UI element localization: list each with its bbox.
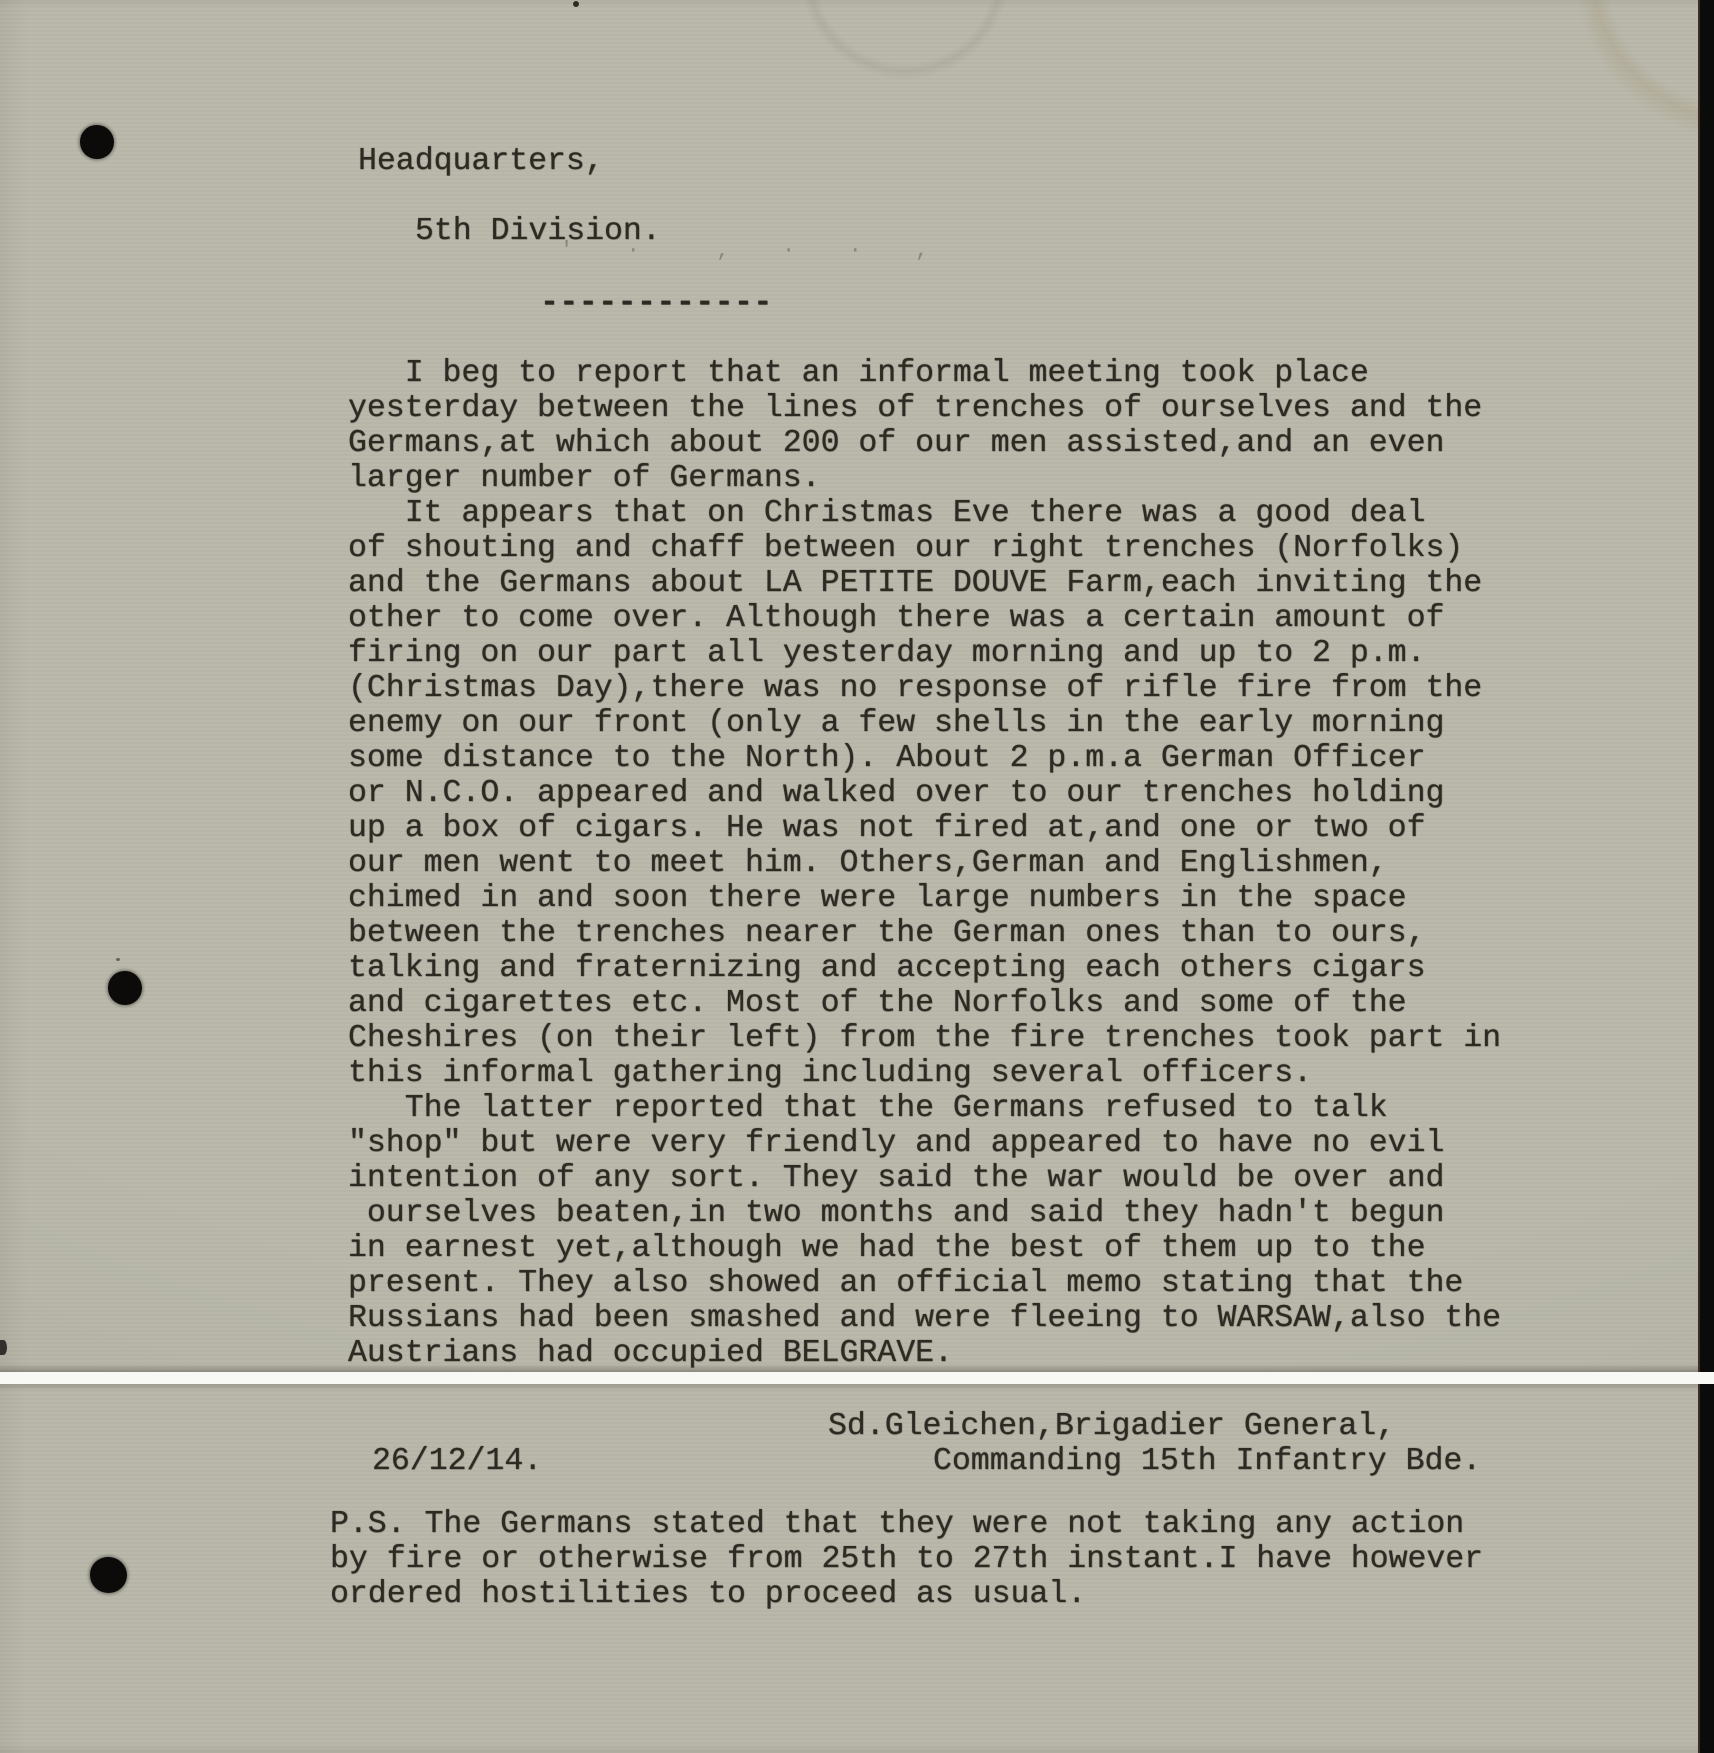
- header-unit: Headquarters,: [358, 144, 604, 179]
- typed-line: and the Germans about LA PETITE DOUVE Fa…: [348, 566, 1501, 601]
- typed-line: intention of any sort. They said the war…: [348, 1161, 1501, 1196]
- typed-line: in earnest yet,although we had the best …: [348, 1231, 1501, 1266]
- hole-punch-top: [80, 125, 114, 159]
- paper-sheet-top: Headquarters, 5th Division. ' · ‚ · · , …: [0, 0, 1714, 1373]
- typed-line: The latter reported that the Germans ref…: [348, 1091, 1501, 1126]
- typed-line: Cheshires (on their left) from the fire …: [348, 1021, 1501, 1056]
- typed-line: up a box of cigars. He was not fired at,…: [348, 811, 1501, 846]
- typed-line: P.S. The Germans stated that they were n…: [330, 1507, 1483, 1542]
- ink-speck: [573, 1, 579, 7]
- hole-punch-middle: [108, 971, 142, 1005]
- ink-speck: [116, 958, 120, 961]
- typed-line: I beg to report that an informal meeting…: [348, 356, 1501, 391]
- typed-line: between the trenches nearer the German o…: [348, 916, 1501, 951]
- date-line: 26/12/14.: [372, 1444, 542, 1479]
- typed-line: larger number of Germans.: [348, 461, 1501, 496]
- typed-line: Russians had been smashed and were fleei…: [348, 1301, 1501, 1336]
- paper-edge-sliver: [0, 1340, 7, 1355]
- typed-line: this informal gathering including severa…: [348, 1056, 1501, 1091]
- scan-seam-line: [0, 1372, 1714, 1384]
- typed-line: firing on our part all yesterday morning…: [348, 636, 1501, 671]
- typed-line: ourselves beaten,in two months and said …: [348, 1196, 1501, 1231]
- typed-line: (Christmas Day),there was no response of…: [348, 671, 1501, 706]
- command-line: Commanding 15th Infantry Bde.: [933, 1444, 1481, 1479]
- report-body: I beg to report that an informal meeting…: [348, 356, 1501, 1371]
- document-scan: Headquarters, 5th Division. ' · ‚ · · , …: [0, 0, 1714, 1753]
- typed-line: chimed in and soon there were large numb…: [348, 881, 1501, 916]
- typed-line: enemy on our front (only a few shells in…: [348, 706, 1501, 741]
- typed-line: Germans,at which about 200 of our men as…: [348, 426, 1501, 461]
- typed-line: It appears that on Christmas Eve there w…: [348, 496, 1501, 531]
- typed-line: or N.C.O. appeared and walked over to ou…: [348, 776, 1501, 811]
- typed-line: yesterday between the lines of trenches …: [348, 391, 1501, 426]
- paper-sheet-bottom: Sd.Gleichen,Brigadier General, 26/12/14.…: [0, 1384, 1714, 1753]
- faint-type-marks: ' · ‚ · · ,: [560, 238, 937, 263]
- signature-line: Sd.Gleichen,Brigadier General,: [828, 1409, 1395, 1444]
- typed-line: "shop" but were very friendly and appear…: [348, 1126, 1501, 1161]
- typed-line: ordered hostilities to proceed as usual.: [330, 1577, 1483, 1612]
- typed-line: talking and fraternizing and accepting e…: [348, 951, 1501, 986]
- typed-line: some distance to the North). About 2 p.m…: [348, 741, 1501, 776]
- typed-line: of shouting and chaff between our right …: [348, 531, 1501, 566]
- typed-line: and cigarettes etc. Most of the Norfolks…: [348, 986, 1501, 1021]
- typed-line: present. They also showed an official me…: [348, 1266, 1501, 1301]
- hole-punch-bottom: [90, 1557, 127, 1593]
- postscript: P.S. The Germans stated that they were n…: [330, 1507, 1483, 1612]
- typed-line: by fire or otherwise from 25th to 27th i…: [330, 1542, 1483, 1577]
- typed-line: our men went to meet him. Others,German …: [348, 846, 1501, 881]
- typed-line: other to come over. Although there was a…: [348, 601, 1501, 636]
- typed-divider-rule: ------------: [540, 286, 773, 321]
- scanner-edge-strip: [1698, 0, 1714, 1753]
